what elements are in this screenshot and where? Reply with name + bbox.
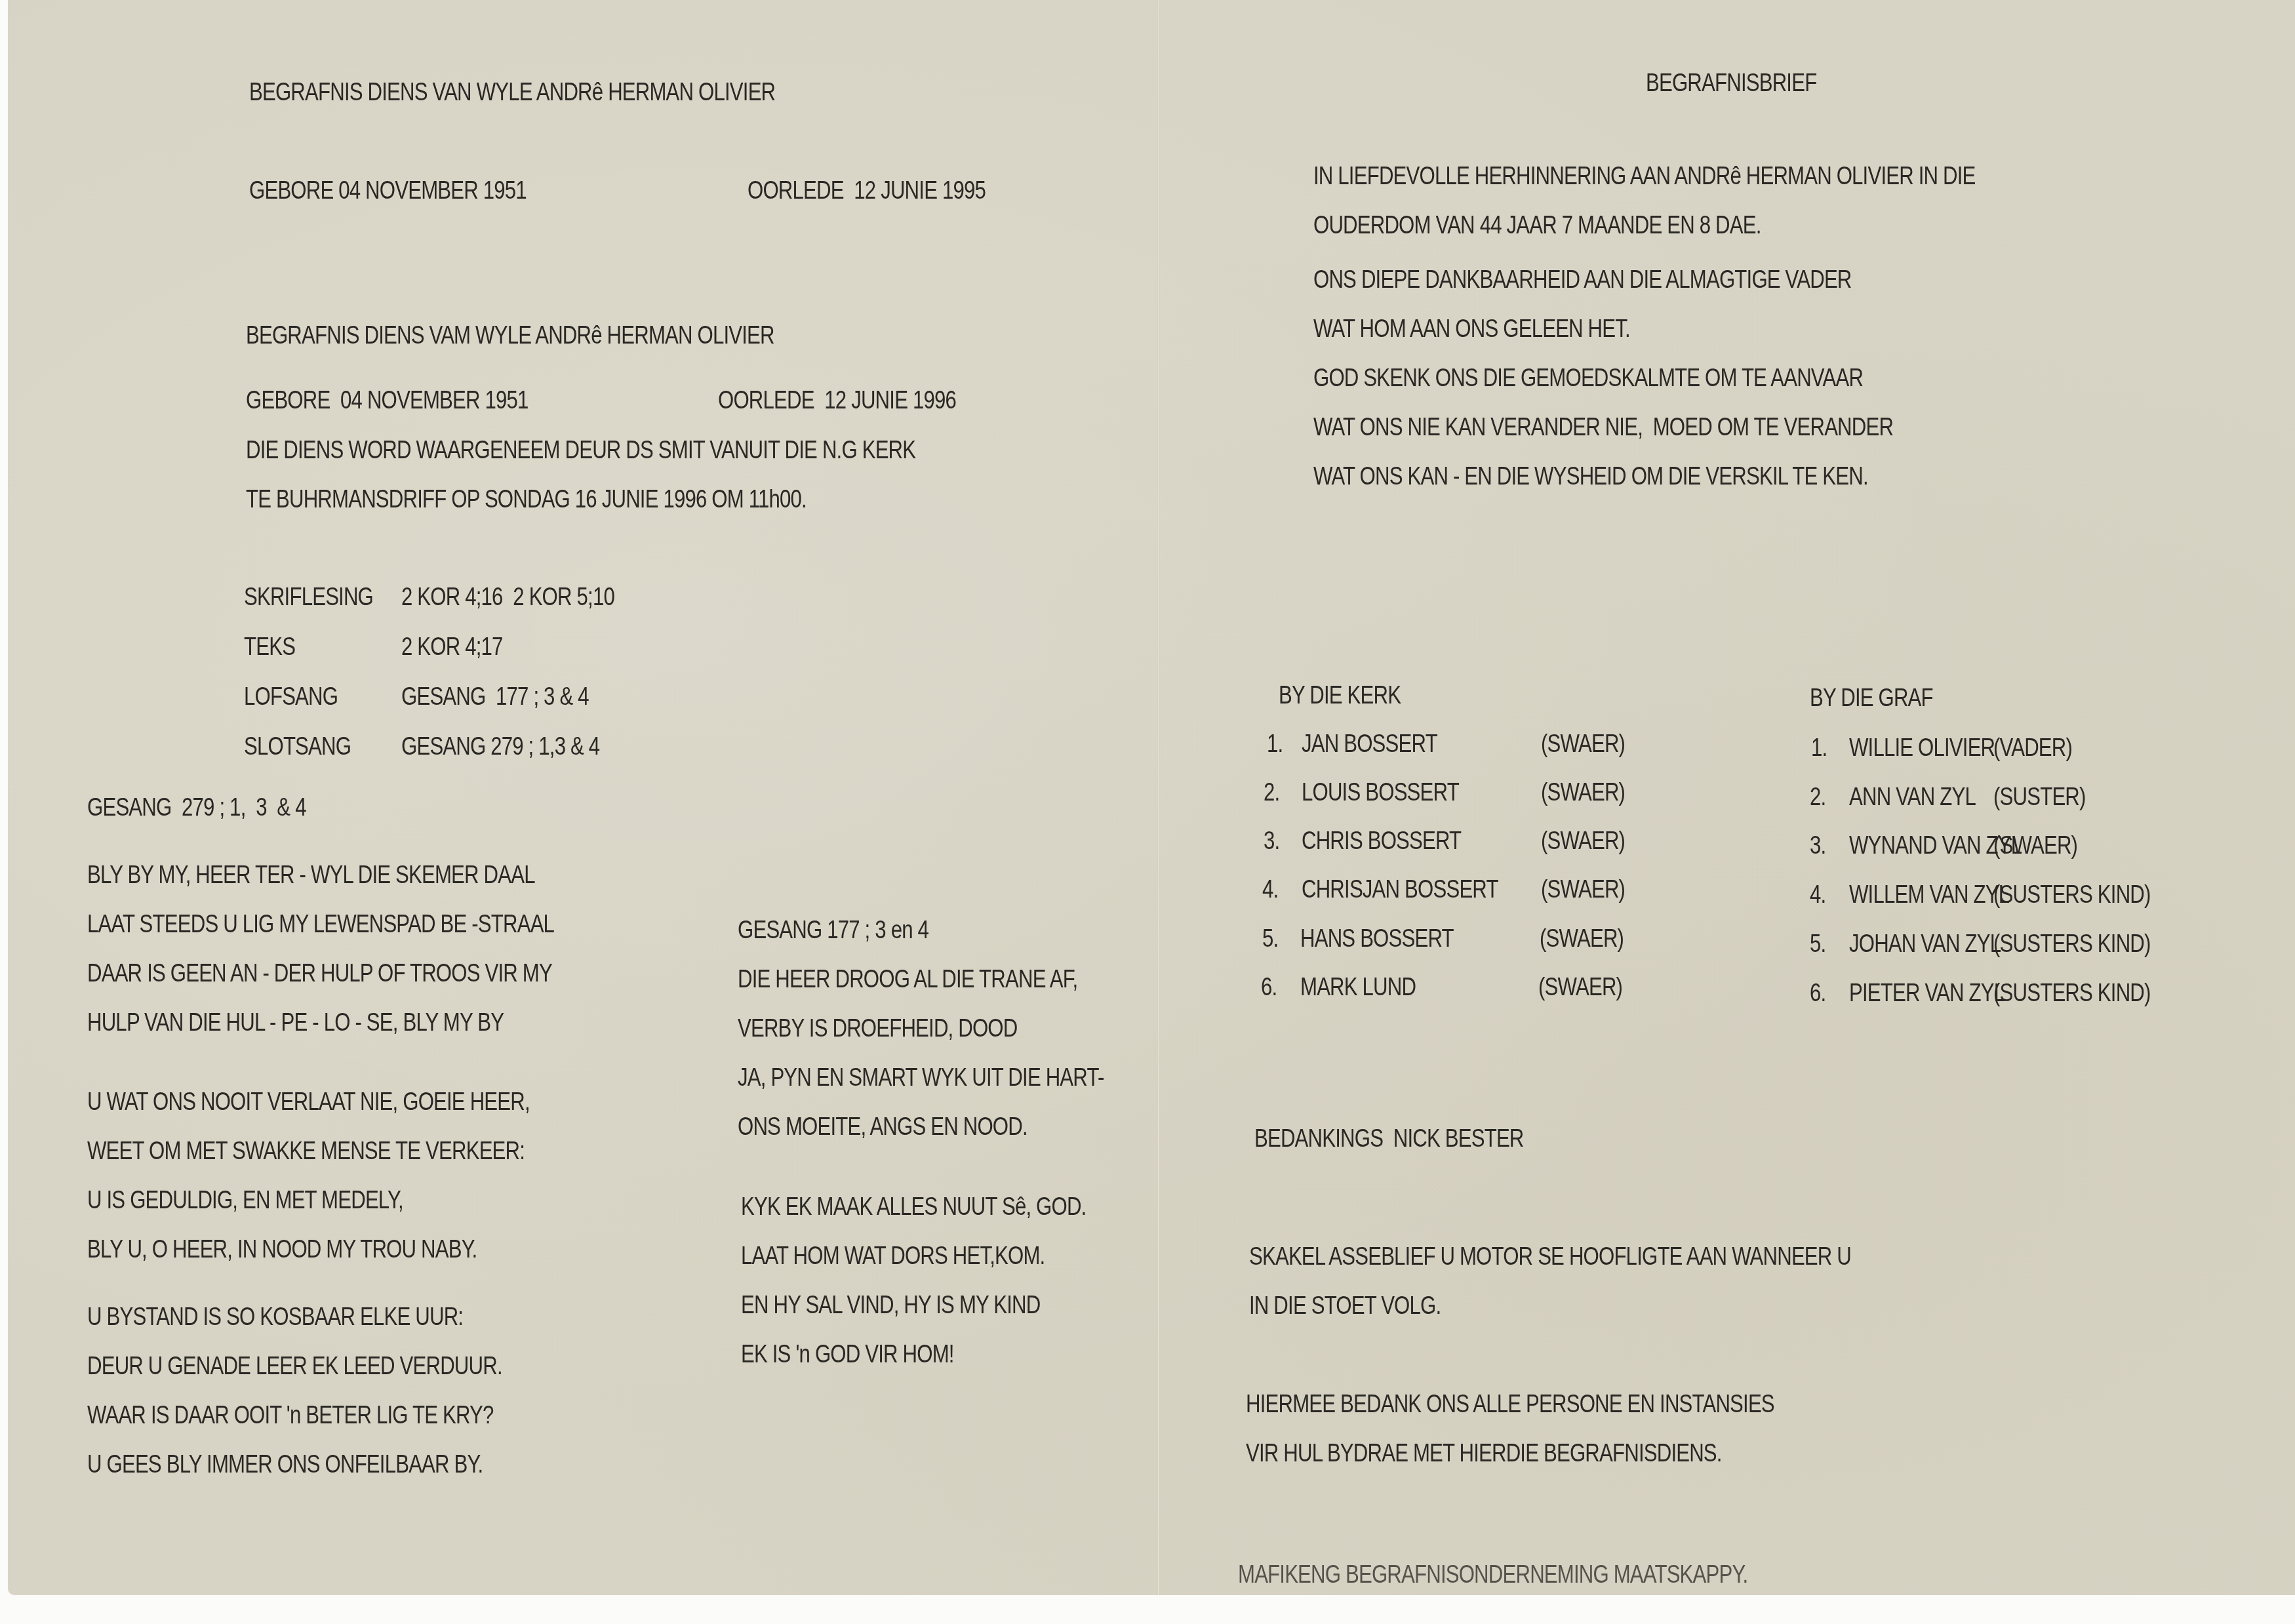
hymn-title: GESANG 177 ; 3 en 4	[738, 918, 928, 943]
item-name: MARK LUND	[1300, 975, 1416, 1000]
list-heading: BY DIE KERK	[1279, 683, 1401, 708]
letter-title: BEGRAFNISBRIEF	[1646, 71, 1816, 96]
memorial-line: WAT ONS NIE KAN VERANDER NIE, MOED OM TE…	[1313, 415, 1893, 440]
item-number: 2.	[1264, 780, 1279, 805]
hymn-line: U IS GEDULDIG, EN MET MEDELY,	[87, 1188, 403, 1213]
notice-line: IN DIE STOET VOLG.	[1249, 1294, 1441, 1318]
list-heading: BY DIE GRAF	[1810, 686, 1933, 711]
program-label: LOFSANG	[244, 684, 338, 709]
item-number: 6.	[1261, 975, 1277, 1000]
hymn-line: U GEES BLY IMMER ONS ONFEILBAAR BY.	[87, 1452, 483, 1477]
item-name: WILLIE OLIVIER	[1849, 736, 1995, 761]
item-name: HANS BOSSERT	[1300, 926, 1454, 951]
item-number: 6.	[1810, 981, 1826, 1006]
service-born: GEBORE 04 NOVEMBER 1951	[246, 388, 529, 413]
item-relation: (SUSTERS KIND)	[1993, 882, 2151, 907]
gratitude-line: VIR HUL BYDRAE MET HIERDIE BEGRAFNISDIEN…	[1246, 1441, 1722, 1466]
item-relation: (SUSTERS KIND)	[1993, 981, 2151, 1006]
program-value: GESANG 279 ; 1,3 & 4	[401, 734, 599, 759]
item-relation: (VADER)	[1993, 736, 2072, 761]
item-number: 3.	[1264, 829, 1279, 854]
memorial-line: GOD SKENK ONS DIE GEMOEDSKALMTE OM TE AA…	[1313, 366, 1863, 391]
hymn-line: U WAT ONS NOOIT VERLAAT NIE, GOEIE HEER,	[87, 1090, 530, 1115]
program-value: 2 KOR 4;16 2 KOR 5;10	[401, 585, 614, 610]
funeral-home: MAFIKENG BEGRAFNISONDERNEMING MAATSKAPPY…	[1238, 1562, 1747, 1587]
program-value: GESANG 177 ; 3 & 4	[401, 684, 589, 709]
item-number: 2.	[1810, 785, 1826, 810]
item-number: 4.	[1810, 882, 1826, 907]
hymn-line: JA, PYN EN SMART WYK UIT DIE HART-	[738, 1065, 1104, 1090]
notice-line: SKAKEL ASSEBLIEF U MOTOR SE HOOFLIGTE AA…	[1249, 1244, 1851, 1269]
page-fold	[1157, 0, 1160, 1595]
hymn-line: LAAT HOM WAT DORS HET,KOM.	[741, 1244, 1045, 1269]
hymn-line: BLY BY MY, HEER TER - WYL DIE SKEMER DAA…	[87, 863, 535, 888]
program-label: SKRIFLESING	[244, 585, 373, 610]
service-title: BEGRAFNIS DIENS VAM WYLE ANDRê HERMAN OL…	[246, 323, 774, 348]
item-name: LOUIS BOSSERT	[1302, 780, 1459, 805]
hymn-line: WAAR IS DAAR OOIT 'n BETER LIG TE KRY?	[87, 1403, 494, 1428]
item-name: PIETER VAN ZYL	[1849, 981, 2005, 1006]
item-name: CHRISJAN BOSSERT	[1302, 877, 1498, 902]
memorial-line: WAT ONS KAN - EN DIE WYSHEID OM DIE VERS…	[1313, 464, 1868, 489]
hymn-line: DEUR U GENADE LEER EK LEED VERDUUR.	[87, 1354, 502, 1379]
item-name: JOHAN VAN ZYL	[1849, 932, 2001, 957]
hymn-line: LAAT STEEDS U LIG MY LEWENSPAD BE -STRAA…	[87, 912, 554, 937]
item-number: 5.	[1810, 932, 1826, 957]
hymn-line: WEET OM MET SWAKKE MENSE TE VERKEER:	[87, 1139, 525, 1164]
item-number: 1.	[1811, 736, 1827, 761]
item-name: ANN VAN ZYL	[1849, 785, 1976, 810]
hymn-line: DAAR IS GEEN AN - DER HULP OF TROOS VIR …	[87, 961, 552, 986]
memorial-line: WAT HOM AAN ONS GELEEN HET.	[1313, 317, 1630, 342]
item-relation: (SWAER)	[1541, 732, 1625, 757]
item-name: WILLEM VAN ZYL	[1849, 882, 2009, 907]
header-born: GEBORE 04 NOVEMBER 1951	[249, 178, 527, 203]
service-line-1: DIE DIENS WORD WAARGENEEM DEUR DS SMIT V…	[246, 438, 915, 463]
item-relation: (SUSTERS KIND)	[1993, 932, 2151, 957]
gratitude-line: HIERMEE BEDANK ONS ALLE PERSONE EN INSTA…	[1246, 1392, 1774, 1417]
item-number: 3.	[1810, 833, 1826, 858]
item-number: 4.	[1262, 877, 1278, 902]
hymn-line: EN HY SAL VIND, HY IS MY KIND	[741, 1293, 1040, 1318]
item-relation: (SWAER)	[1541, 780, 1625, 805]
memorial-line: ONS DIEPE DANKBAARHEID AAN DIE ALMAGTIGE…	[1313, 267, 1852, 292]
hymn-line: HULP VAN DIE HUL - PE - LO - SE, BLY MY …	[87, 1010, 504, 1035]
program-value: 2 KOR 4;17	[401, 635, 503, 660]
hymn-line: ONS MOEITE, ANGS EN NOOD.	[738, 1115, 1028, 1139]
hymn-line: U BYSTAND IS SO KOSBAAR ELKE UUR:	[87, 1305, 463, 1330]
memorial-line: IN LIEFDEVOLLE HERHINNERING AAN ANDRê HE…	[1313, 164, 1976, 189]
hymn-line: KYK EK MAAK ALLES NUUT Sê, GOD.	[741, 1195, 1086, 1219]
item-number: 1.	[1267, 732, 1283, 757]
item-relation: (SWAER)	[1541, 829, 1625, 854]
header-died: OORLEDE 12 JUNIE 1995	[748, 178, 986, 203]
thanks-speaker: BEDANKINGS NICK BESTER	[1254, 1126, 1524, 1151]
service-line-2: TE BUHRMANSDRIFF OP SONDAG 16 JUNIE 1996…	[246, 487, 807, 512]
item-relation: (SWAER)	[1993, 833, 2077, 858]
hymn-line: VERBY IS DROEFHEID, DOOD	[738, 1016, 1017, 1041]
item-number: 5.	[1262, 926, 1278, 951]
item-relation: (SWAER)	[1538, 975, 1622, 1000]
memorial-line: OUDERDOM VAN 44 JAAR 7 MAANDE EN 8 DAE.	[1313, 213, 1761, 238]
item-relation: (SWAER)	[1541, 877, 1625, 902]
item-relation: (SWAER)	[1540, 926, 1624, 951]
program-label: SLOTSANG	[244, 734, 351, 759]
service-died: OORLEDE 12 JUNIE 1996	[718, 388, 956, 413]
item-name: CHRIS BOSSERT	[1302, 829, 1461, 854]
hymn-line: BLY U, O HEER, IN NOOD MY TROU NABY.	[87, 1237, 477, 1262]
program-label: TEKS	[244, 635, 295, 660]
header-title: BEGRAFNIS DIENS VAN WYLE ANDRê HERMAN OL…	[249, 80, 775, 105]
hymn-line: EK IS 'n GOD VIR HOM!	[741, 1342, 954, 1367]
hymn-line: DIE HEER DROOG AL DIE TRANE AF,	[738, 967, 1077, 992]
hymn-title: GESANG 279 ; 1, 3 & 4	[87, 795, 306, 820]
item-name: JAN BOSSERT	[1302, 732, 1437, 757]
item-relation: (SUSTER)	[1993, 785, 2086, 810]
